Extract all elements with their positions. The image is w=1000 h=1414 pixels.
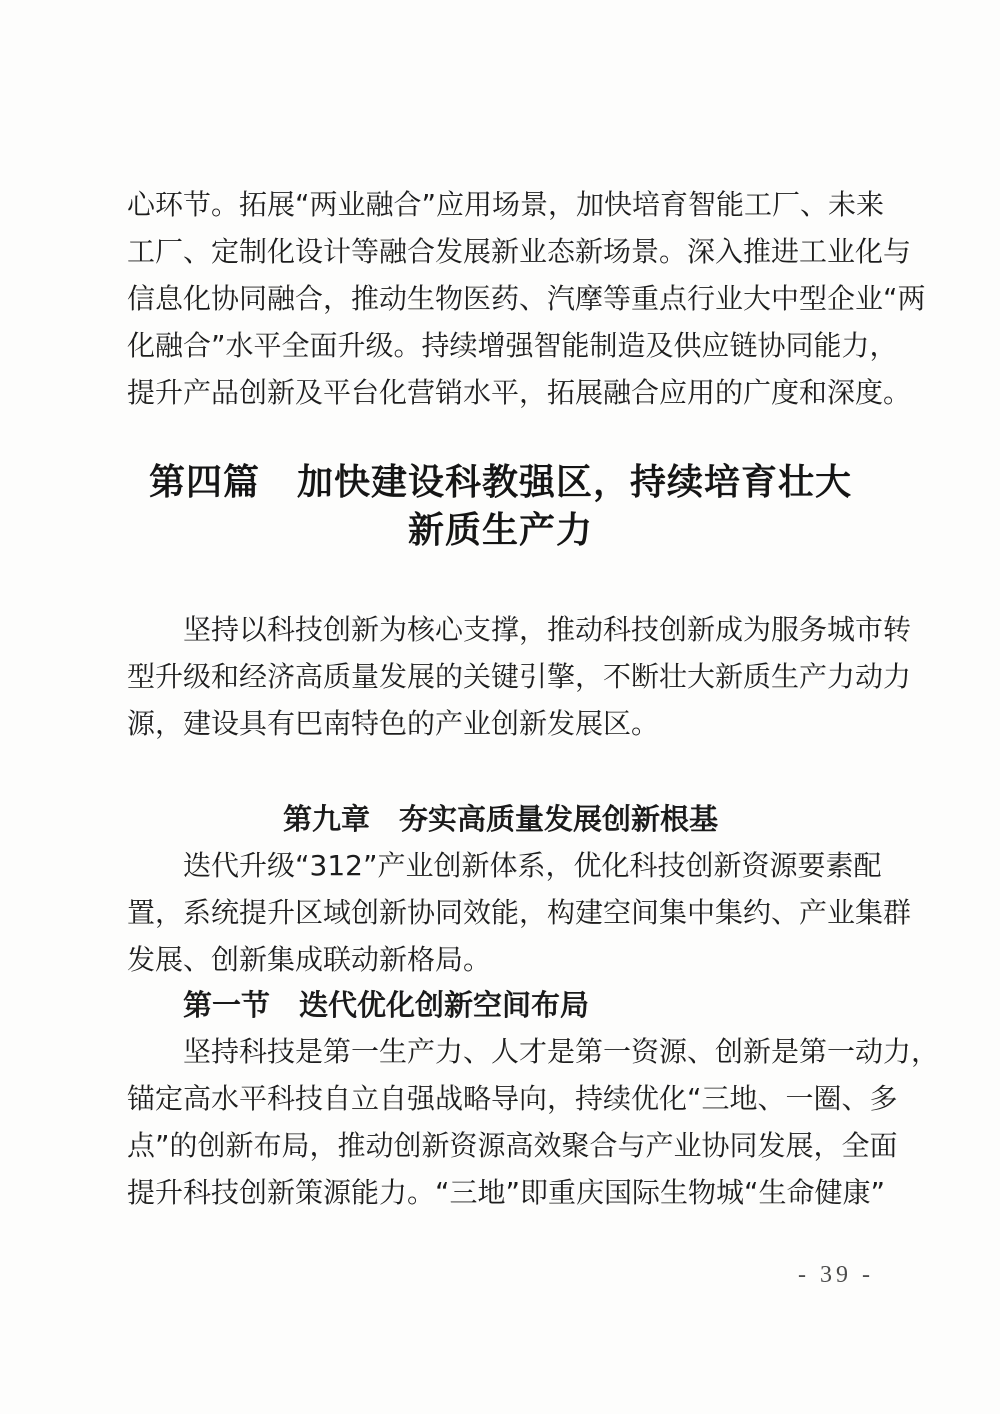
part-heading-line-1: 第四篇 加快建设科教强区，持续培育壮大 (127, 459, 874, 507)
text-line: 坚持科技是第一生产力、人才是第一资源、创新是第一动力， (127, 1028, 874, 1075)
text-line: 提升产品创新及平台化营销水平，拓展融合应用的广度和深度。 (127, 369, 874, 416)
text-line: 型升级和经济高质量发展的关键引擎，不断壮大新质生产力动力 (127, 653, 874, 700)
text-line: 迭代升级“312”产业创新体系，优化科技创新资源要素配 (127, 842, 874, 889)
text-line: 锚定高水平科技自立自强战略导向，持续优化“三地、一圈、多 (127, 1075, 874, 1122)
text-line: 心环节。拓展“两业融合”应用场景，加快培育智能工厂、未来 (127, 181, 874, 228)
part-heading: 第四篇 加快建设科教强区，持续培育壮大 新质生产力 (127, 459, 874, 555)
text-line: 发展、创新集成联动新格局。 (127, 936, 874, 983)
paragraph-3: 迭代升级“312”产业创新体系，优化科技创新资源要素配 置，系统提升区域创新协同… (127, 842, 874, 983)
text-line: 工厂、定制化设计等融合发展新业态新场景。深入推进工业化与 (127, 228, 874, 275)
text-line: 提升科技创新策源能力。“三地”即重庆国际生物城“生命健康” (127, 1169, 874, 1216)
chapter-heading: 第九章 夯实高质量发展创新根基 (127, 795, 874, 843)
text-line: 点”的创新布局，推动创新资源高效聚合与产业协同发展，全面 (127, 1122, 874, 1169)
paragraph-2: 坚持以科技创新为核心支撑，推动科技创新成为服务城市转 型升级和经济高质量发展的关… (127, 606, 874, 747)
text-line: 化融合”水平全面升级。持续增强智能制造及供应链协同能力， (127, 322, 874, 369)
paragraph-1: 心环节。拓展“两业融合”应用场景，加快培育智能工厂、未来 工厂、定制化设计等融合… (127, 181, 874, 416)
text-line: 坚持以科技创新为核心支撑，推动科技创新成为服务城市转 (127, 606, 874, 653)
text-line: 源，建设具有巴南特色的产业创新发展区。 (127, 700, 874, 747)
page-number: - 39 - (798, 1262, 874, 1289)
part-heading-line-2: 新质生产力 (127, 507, 874, 555)
text-line: 信息化协同融合，推动生物医药、汽摩等重点行业大中型企业“两 (127, 275, 874, 322)
section-heading: 第一节 迭代优化创新空间布局 (127, 982, 930, 1028)
text-line: 置，系统提升区域创新协同效能，构建空间集中集约、产业集群 (127, 889, 874, 936)
document-page: 心环节。拓展“两业融合”应用场景，加快培育智能工厂、未来 工厂、定制化设计等融合… (0, 0, 1000, 1414)
paragraph-4: 坚持科技是第一生产力、人才是第一资源、创新是第一动力， 锚定高水平科技自立自强战… (127, 1028, 874, 1216)
